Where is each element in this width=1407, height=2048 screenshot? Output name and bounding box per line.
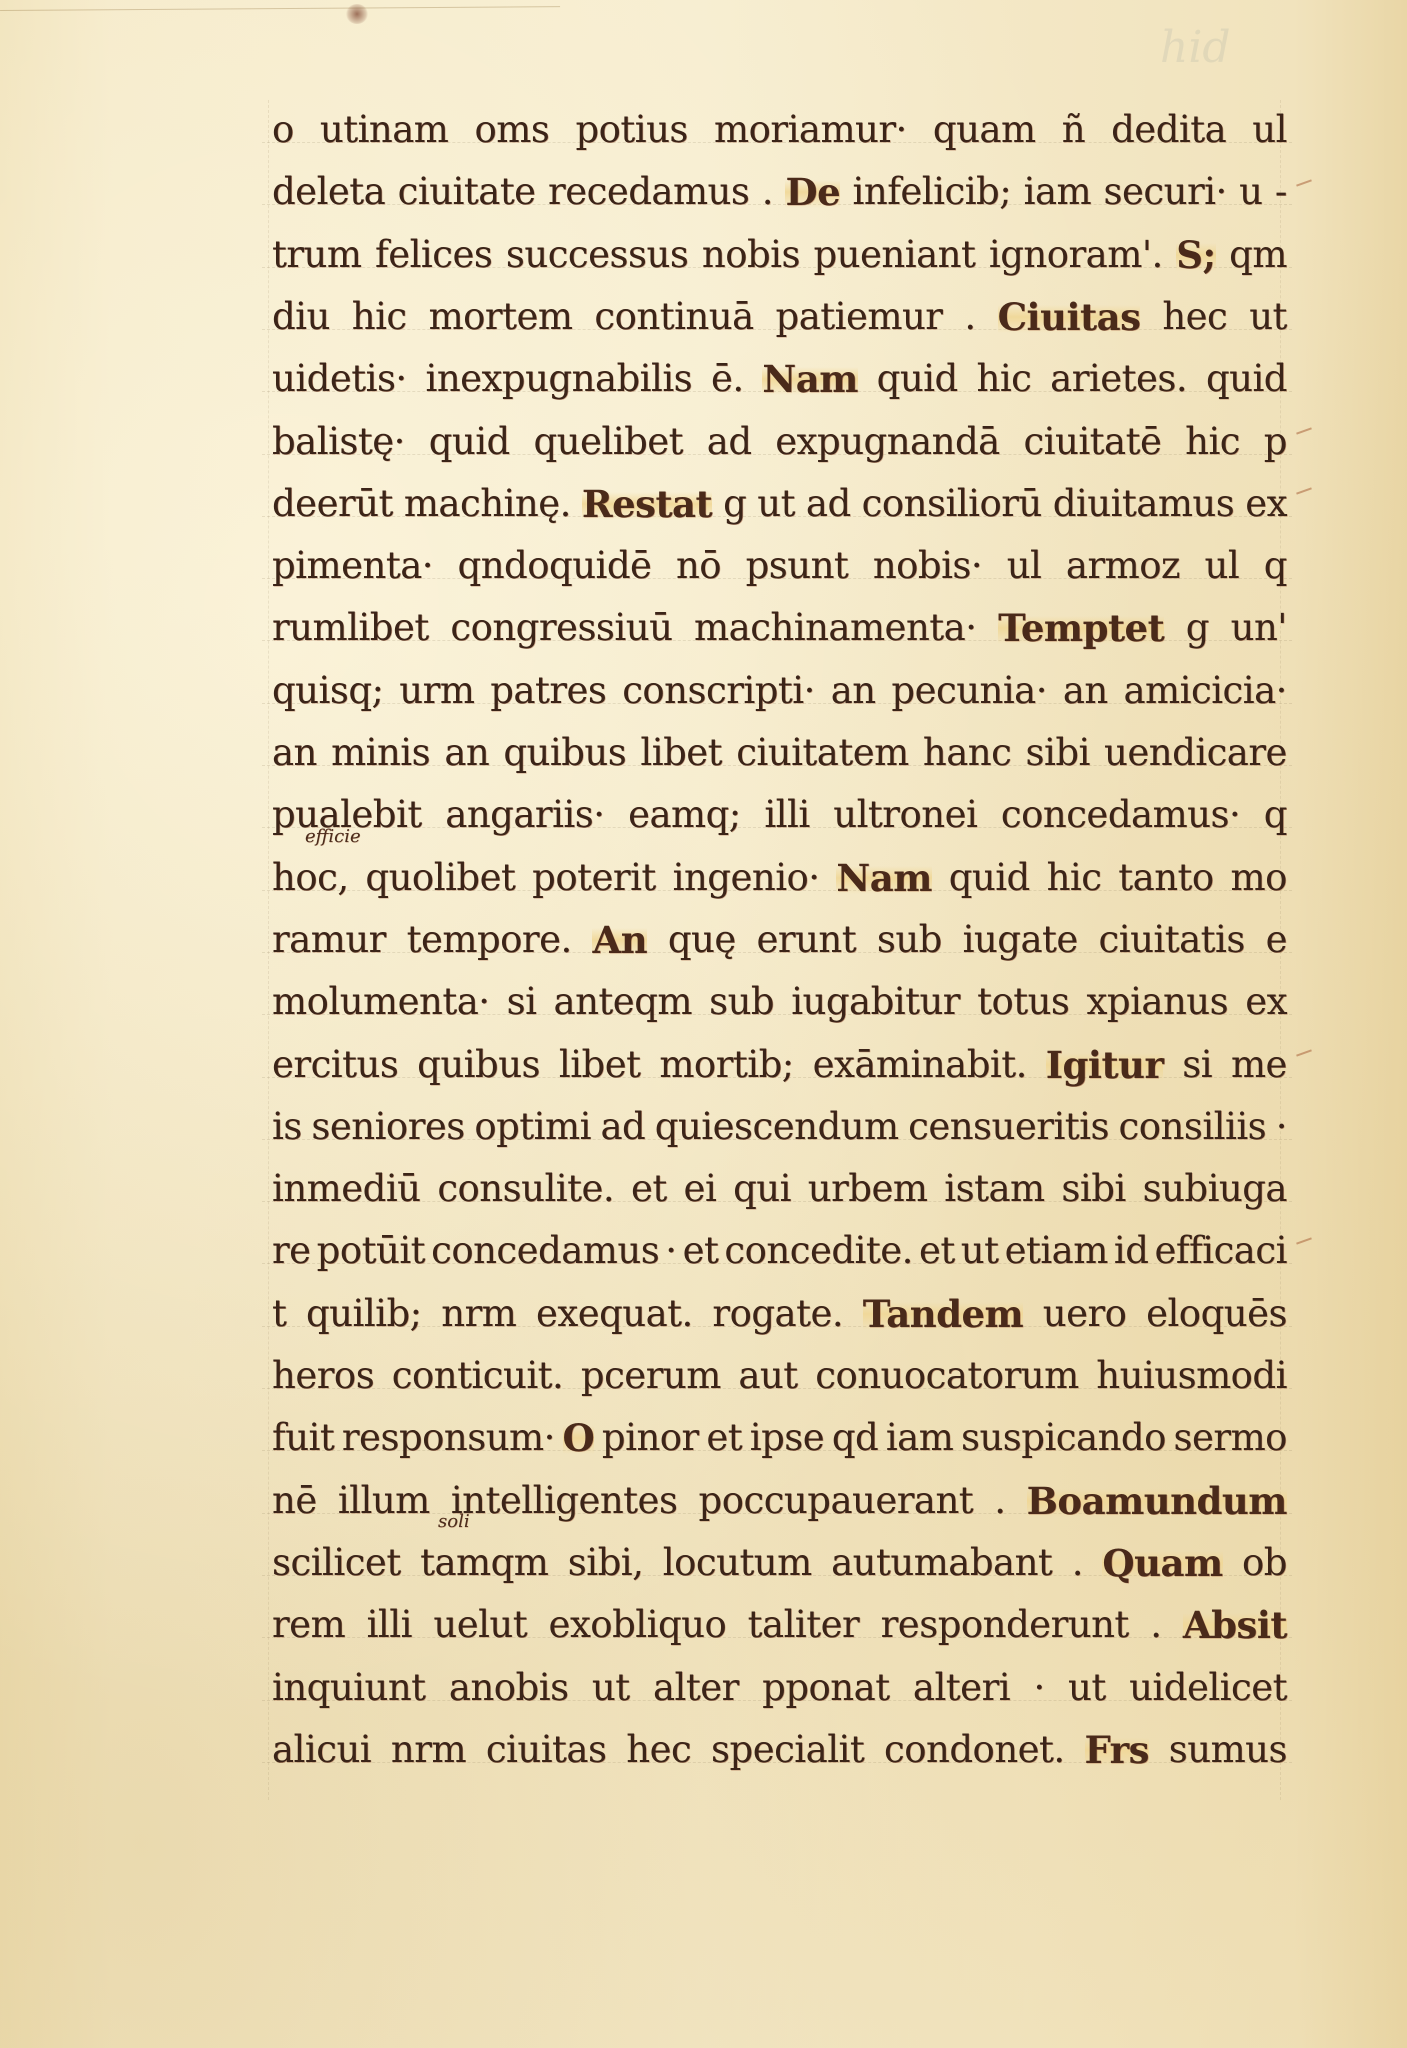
word: psunt bbox=[746, 546, 849, 586]
word: quisq; bbox=[272, 671, 384, 711]
word: pueniant bbox=[814, 235, 976, 275]
word: ei bbox=[684, 1169, 717, 1209]
word: . bbox=[762, 172, 773, 212]
word: quilib; bbox=[306, 1294, 422, 1334]
word: ciuitatis bbox=[1099, 920, 1245, 960]
word: nō bbox=[676, 546, 721, 586]
word: et bbox=[706, 1418, 742, 1458]
word: rem bbox=[272, 1605, 345, 1645]
word: qndoquidē bbox=[458, 546, 652, 586]
word: diu bbox=[272, 297, 330, 337]
word: expugnandā bbox=[775, 422, 999, 462]
manuscript-line: issenioresoptimiadquiescendumcensueritis… bbox=[272, 1097, 1287, 1147]
word: si bbox=[507, 982, 537, 1022]
word: heros bbox=[272, 1356, 374, 1396]
word: ciuitas bbox=[486, 1730, 607, 1770]
word: uidelicet bbox=[1129, 1668, 1287, 1708]
manuscript-line: ramurtempore.Anquęeruntsubiugateciuitati… bbox=[272, 910, 1287, 960]
word: illi bbox=[367, 1605, 412, 1645]
word: . bbox=[994, 1481, 1005, 1521]
word: balistę· bbox=[272, 422, 405, 462]
interlinear-gloss-efficie: efficie bbox=[305, 826, 361, 847]
word: an bbox=[444, 733, 489, 773]
word: . bbox=[964, 297, 975, 337]
word: machinamenta· bbox=[694, 608, 976, 648]
word: e bbox=[1266, 920, 1287, 960]
word: scilicet bbox=[272, 1543, 401, 1583]
decorated-capital-word: Absit bbox=[1183, 1605, 1287, 1645]
word: . bbox=[1150, 1605, 1161, 1645]
word: trum bbox=[272, 235, 361, 275]
manuscript-line: alicuinrmciuitashecspecialitcondonet.Frs… bbox=[272, 1720, 1287, 1770]
word: arietes. bbox=[1050, 359, 1187, 399]
word: et bbox=[631, 1169, 667, 1209]
word: recedamus bbox=[548, 172, 749, 212]
word: minis bbox=[331, 733, 430, 773]
word: mo bbox=[1231, 858, 1287, 898]
manuscript-line: uidetis·inexpugnabilisē.Namquidhicariete… bbox=[272, 349, 1287, 399]
word: t bbox=[272, 1294, 286, 1334]
word: concedamus bbox=[431, 1231, 659, 1271]
word: mortem bbox=[429, 297, 573, 337]
decorated-capital-word: Frs bbox=[1085, 1730, 1149, 1770]
word: conscripti· bbox=[622, 671, 815, 711]
word: iugate bbox=[963, 920, 1078, 960]
word: iugabitur bbox=[791, 982, 960, 1022]
word: ex bbox=[1245, 484, 1287, 524]
line-end-hyphen-mark bbox=[1296, 179, 1312, 186]
word: ad bbox=[707, 422, 752, 462]
word: efficaci bbox=[1154, 1231, 1286, 1271]
word: etiam bbox=[1005, 1231, 1108, 1271]
line-end-hyphen-mark bbox=[1296, 427, 1312, 434]
word: ut bbox=[961, 1231, 999, 1271]
manuscript-line: nēillumintelligentespoccupauerant.Boamun… bbox=[272, 1471, 1287, 1521]
word: poterit bbox=[532, 858, 656, 898]
word: tamqm bbox=[420, 1543, 548, 1583]
manuscript-line: hoc,quolibetpoteritingenio·Namquidhictan… bbox=[272, 848, 1287, 898]
decorated-capital-word: Boamundum bbox=[1027, 1481, 1287, 1521]
decorated-capital-word: Tandem bbox=[863, 1294, 1023, 1334]
word: xpianus bbox=[1087, 982, 1229, 1022]
page-top-edge bbox=[0, 0, 560, 11]
word: ipse bbox=[750, 1418, 824, 1458]
word: optimi bbox=[474, 1107, 591, 1147]
manuscript-line: fuitresponsum·Opinoretipseqdiamsuspicand… bbox=[272, 1408, 1287, 1458]
word: - bbox=[1275, 172, 1287, 212]
word: ciuitatem bbox=[736, 733, 909, 773]
word: an bbox=[272, 733, 317, 773]
word: q bbox=[1264, 546, 1287, 586]
word: re bbox=[272, 1231, 311, 1271]
word: suspicando bbox=[961, 1418, 1166, 1458]
word: ut bbox=[1068, 1668, 1106, 1708]
word: ul bbox=[1007, 546, 1042, 586]
word: illi bbox=[764, 795, 809, 835]
word: conuocatorum bbox=[815, 1356, 1078, 1396]
word: potūit bbox=[317, 1231, 425, 1271]
word: quam bbox=[933, 110, 1036, 150]
word: quid bbox=[949, 858, 1030, 898]
word: quid bbox=[1206, 359, 1287, 399]
line-end-hyphen-mark bbox=[1296, 1049, 1312, 1056]
word: quę bbox=[668, 920, 736, 960]
manuscript-line: rumlibetcongressiuūmachinamenta·Temptetg… bbox=[272, 598, 1287, 648]
word: autumabant bbox=[831, 1543, 1052, 1583]
word: quibus bbox=[503, 733, 626, 773]
manuscript-line: herosconticuit.pcerumautconuocatorumhuiu… bbox=[272, 1346, 1287, 1396]
word: sermo bbox=[1174, 1418, 1287, 1458]
word: qui bbox=[733, 1169, 791, 1209]
word: felices bbox=[375, 235, 492, 275]
word: taliter bbox=[748, 1605, 860, 1645]
word: poccupauerant bbox=[699, 1481, 974, 1521]
manuscript-line: diuhicmortemcontinuāpatiemur.Ciuitashecu… bbox=[272, 287, 1287, 337]
word: aut bbox=[738, 1356, 797, 1396]
word: ramur bbox=[272, 920, 386, 960]
word: nē bbox=[272, 1481, 317, 1521]
word: quid bbox=[429, 422, 510, 462]
word: specialit bbox=[711, 1730, 864, 1770]
word: ex bbox=[1245, 982, 1287, 1022]
word: conticuit. bbox=[392, 1356, 564, 1396]
word: · bbox=[1276, 1107, 1287, 1147]
word: ut bbox=[1249, 297, 1287, 337]
word: hec bbox=[626, 1730, 691, 1770]
word: · bbox=[1033, 1668, 1044, 1708]
word: u bbox=[1239, 172, 1262, 212]
word: armoz bbox=[1066, 546, 1180, 586]
manuscript-line: molumenta·sianteqmsubiugabiturtotusxpian… bbox=[272, 972, 1287, 1022]
word: mortib; bbox=[659, 1045, 793, 1085]
word: hoc, bbox=[272, 858, 349, 898]
word: quelibet bbox=[533, 422, 683, 462]
manuscript-line: balistę·quidquelibetadexpugnandāciuitatē… bbox=[272, 412, 1287, 462]
word: ob bbox=[1242, 1543, 1287, 1583]
word: hic bbox=[1185, 422, 1240, 462]
line-end-hyphen-mark bbox=[1296, 1237, 1312, 1244]
word: pponat bbox=[762, 1668, 889, 1708]
word: is bbox=[272, 1107, 302, 1147]
word: anteqm bbox=[554, 982, 692, 1022]
word: anobis bbox=[449, 1668, 569, 1708]
word: an bbox=[831, 671, 876, 711]
word: ciuitate bbox=[398, 172, 536, 212]
word: ut bbox=[592, 1668, 630, 1708]
word: tanto bbox=[1118, 858, 1213, 898]
word: sub bbox=[877, 920, 942, 960]
word: patres bbox=[490, 671, 606, 711]
word: iam bbox=[886, 1418, 953, 1458]
word: ñ bbox=[1062, 110, 1085, 150]
decorated-capital-word: Temptet bbox=[998, 608, 1164, 648]
word: patiemur bbox=[776, 297, 943, 337]
word: pecunia· bbox=[891, 671, 1047, 711]
manuscript-line: remilliuelutexobliquotaliterresponderunt… bbox=[272, 1595, 1287, 1645]
word: molumenta· bbox=[272, 982, 490, 1022]
manuscript-line: inquiuntanobisutalterpponatalteri·utuide… bbox=[272, 1658, 1287, 1708]
word: securi· bbox=[1104, 172, 1227, 212]
word: subiuga bbox=[1143, 1169, 1287, 1209]
word: ingenio· bbox=[673, 858, 820, 898]
word: nobis bbox=[702, 235, 800, 275]
word: nrm bbox=[391, 1730, 466, 1770]
word: libet bbox=[559, 1045, 641, 1085]
word: moriamur· bbox=[714, 110, 907, 150]
manuscript-line: pimenta·qndoquidēnōpsuntnobis·ularmozulq bbox=[272, 536, 1287, 586]
word: p bbox=[1264, 422, 1287, 462]
word: qm bbox=[1229, 235, 1287, 275]
word: eamq; bbox=[628, 795, 741, 835]
word: inquiunt bbox=[272, 1668, 426, 1708]
word: angariis· bbox=[445, 795, 604, 835]
word: amicicia· bbox=[1124, 671, 1287, 711]
word: erunt bbox=[756, 920, 856, 960]
word: urm bbox=[399, 671, 474, 711]
word: infelicib; bbox=[853, 172, 1012, 212]
word: alicui bbox=[272, 1730, 371, 1770]
word: exobliquo bbox=[549, 1605, 727, 1645]
manuscript-line: quisq;urmpatresconscripti·anpecunia·anam… bbox=[272, 661, 1287, 711]
word: deerūt bbox=[272, 484, 393, 524]
word: me bbox=[1231, 1045, 1287, 1085]
decorated-capital-word: De bbox=[785, 172, 840, 212]
word: iam bbox=[1024, 172, 1091, 212]
word: diuitamus bbox=[1053, 484, 1235, 524]
word: uidetis· bbox=[272, 359, 407, 399]
word: hic bbox=[1047, 858, 1102, 898]
word: intelligentes bbox=[451, 1481, 678, 1521]
decorated-capital-word: Nam bbox=[836, 858, 931, 898]
word: huiusmodi bbox=[1096, 1356, 1287, 1396]
word: ul bbox=[1205, 546, 1240, 586]
word: sibi bbox=[1026, 733, 1090, 773]
word: ē. bbox=[711, 359, 744, 399]
word: seniores bbox=[311, 1107, 464, 1147]
word: qd bbox=[832, 1418, 878, 1458]
word: urbem bbox=[808, 1169, 928, 1209]
word: machinę. bbox=[404, 484, 571, 524]
word: quid bbox=[877, 359, 958, 399]
word: pinor bbox=[602, 1418, 699, 1458]
word: utinam bbox=[320, 110, 449, 150]
word: ercitus bbox=[272, 1045, 398, 1085]
word: q bbox=[1264, 795, 1287, 835]
word: fuit bbox=[272, 1418, 334, 1458]
manuscript-line: deletaciuitaterecedamus.Deinfelicib;iams… bbox=[272, 162, 1287, 212]
word: potius bbox=[575, 110, 687, 150]
manuscript-line: outinamomspotiusmoriamur·quamñdeditaul bbox=[272, 100, 1287, 150]
word: tempore. bbox=[407, 920, 572, 960]
word: o bbox=[272, 110, 294, 150]
word: quolibet bbox=[365, 858, 515, 898]
manuscript-line: anminisanquibuslibetciuitatemhancsibiuen… bbox=[272, 723, 1287, 773]
word: condonet. bbox=[884, 1730, 1065, 1770]
word: quibus bbox=[417, 1045, 540, 1085]
word: quiescendum bbox=[655, 1107, 899, 1147]
word: libet bbox=[640, 733, 722, 773]
word: . bbox=[1072, 1543, 1083, 1583]
word: nobis· bbox=[873, 546, 982, 586]
word: uero bbox=[1043, 1294, 1127, 1334]
manuscript-line: repotūitconcedamus·etconcedite.etutetiam… bbox=[272, 1221, 1287, 1271]
left-margin-rule bbox=[268, 100, 269, 1800]
word: sub bbox=[709, 982, 774, 1022]
word: exāminabit. bbox=[813, 1045, 1027, 1085]
word: exequat. bbox=[536, 1294, 693, 1334]
manuscript-line: pualebitangariis·eamq;illiultroneiconced… bbox=[272, 785, 1287, 835]
word: congressiuū bbox=[450, 608, 672, 648]
word: et bbox=[683, 1231, 719, 1271]
word: ciuitatē bbox=[1023, 422, 1161, 462]
word: inexpugnabilis bbox=[425, 359, 692, 399]
word: rogate. bbox=[712, 1294, 843, 1334]
word: locutum bbox=[663, 1543, 812, 1583]
word: hec bbox=[1162, 297, 1227, 337]
word: uelut bbox=[433, 1605, 527, 1645]
word: ad bbox=[806, 484, 851, 524]
word: id bbox=[1114, 1231, 1149, 1271]
word: consulite. bbox=[437, 1169, 614, 1209]
word: sibi, bbox=[568, 1543, 644, 1583]
word: un' bbox=[1231, 608, 1287, 648]
word: pimenta· bbox=[272, 546, 433, 586]
word: censueritis bbox=[908, 1107, 1109, 1147]
word: g bbox=[723, 484, 746, 524]
word: deleta bbox=[272, 172, 385, 212]
word: oms bbox=[474, 110, 549, 150]
word: continuā bbox=[594, 297, 753, 337]
word: alteri bbox=[913, 1668, 1010, 1708]
manuscript-line: scilicettamqmsibi,locutumautumabant.Quam… bbox=[272, 1533, 1287, 1583]
word: rumlibet bbox=[272, 608, 429, 648]
word: · bbox=[665, 1231, 676, 1271]
word: ad bbox=[600, 1107, 645, 1147]
word: inmediū bbox=[272, 1169, 421, 1209]
word: g bbox=[1186, 608, 1209, 648]
word: illum bbox=[338, 1481, 430, 1521]
word: et bbox=[919, 1231, 955, 1271]
word: concedamus· bbox=[1001, 795, 1240, 835]
word: hic bbox=[352, 297, 407, 337]
word: sibi bbox=[1061, 1169, 1125, 1209]
word: dedita bbox=[1111, 110, 1226, 150]
decorated-capital-word: An bbox=[592, 920, 647, 960]
word: eloquēs bbox=[1146, 1294, 1287, 1334]
word: hic bbox=[976, 359, 1031, 399]
word: ignoram'. bbox=[989, 235, 1163, 275]
manuscript-line: deerūtmachinę.Restatgutadconsiliorūdiuit… bbox=[272, 474, 1287, 524]
decorated-capital-word: Quam bbox=[1102, 1543, 1222, 1583]
line-end-hyphen-mark bbox=[1296, 487, 1312, 494]
interlinear-gloss-soli: soli bbox=[438, 1511, 470, 1532]
decorated-capital-word: Igitur bbox=[1046, 1045, 1164, 1085]
word: ultronei bbox=[833, 795, 977, 835]
decorated-capital-word: Nam bbox=[762, 359, 857, 399]
word: consiliorū bbox=[862, 484, 1042, 524]
word: nrm bbox=[441, 1294, 516, 1334]
word: totus bbox=[977, 982, 1069, 1022]
decorated-capital-word: S; bbox=[1176, 235, 1215, 275]
word: responderunt bbox=[881, 1605, 1129, 1645]
manuscript-line: ercitusquibuslibetmortib;exāminabit.Igit… bbox=[272, 1035, 1287, 1085]
decorated-capital-word: Restat bbox=[582, 484, 712, 524]
ink-stain bbox=[346, 4, 368, 24]
word: successus bbox=[506, 235, 688, 275]
show-through-text: hid bbox=[1160, 22, 1250, 72]
manuscript-line: inmediūconsulite.eteiquiurbemistamsibisu… bbox=[272, 1159, 1287, 1209]
word: consiliis bbox=[1119, 1107, 1267, 1147]
word: istam bbox=[944, 1169, 1044, 1209]
word: sumus bbox=[1169, 1730, 1287, 1770]
word: an bbox=[1063, 671, 1108, 711]
word: hanc bbox=[923, 733, 1011, 773]
word: responsum· bbox=[342, 1418, 555, 1458]
word: si bbox=[1182, 1045, 1212, 1085]
manuscript-line: trumfelicessuccessusnobispueniantignoram… bbox=[272, 225, 1287, 275]
word: alter bbox=[653, 1668, 739, 1708]
word: uendicare bbox=[1104, 733, 1287, 773]
decorated-capital-word: O bbox=[563, 1418, 595, 1458]
word: concedite. bbox=[724, 1231, 913, 1271]
word: pcerum bbox=[581, 1356, 721, 1396]
word: ut bbox=[757, 484, 795, 524]
decorated-capital-word: Ciuitas bbox=[998, 297, 1141, 337]
word: ul bbox=[1252, 110, 1287, 150]
manuscript-line: tquilib;nrmexequat.rogate.Tandemueroeloq… bbox=[272, 1284, 1287, 1334]
